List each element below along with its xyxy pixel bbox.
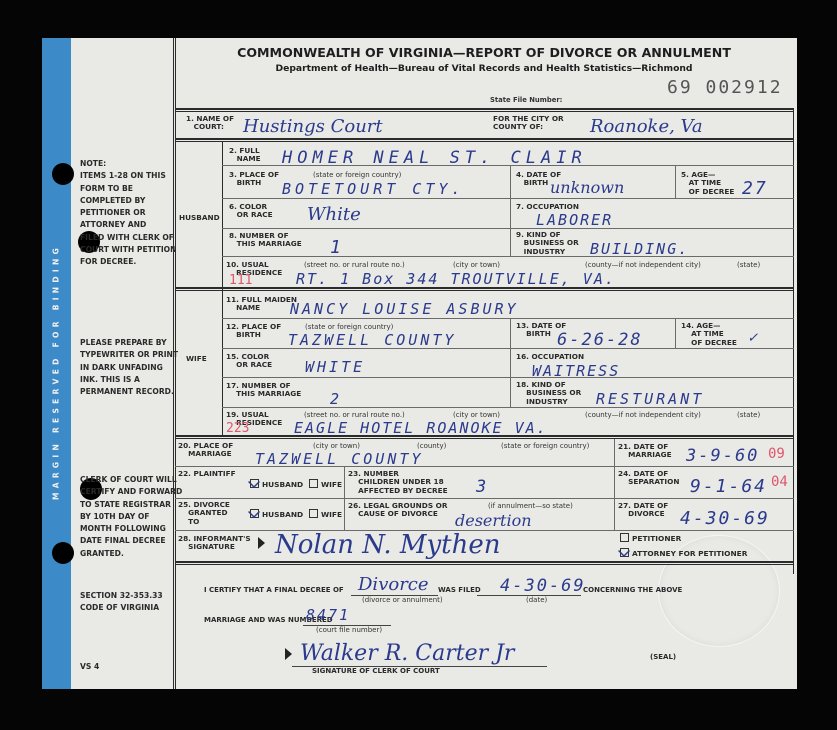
binding-margin-text: MARGIN RESERVED FOR BINDING <box>52 244 61 500</box>
w-full-name-label: 11. FULL MAIDEN NAME <box>226 296 297 313</box>
w-mid-divider <box>510 318 511 407</box>
signature-divider <box>175 561 794 563</box>
w-birthplace-value[interactable]: TAZWELL COUNTY <box>288 331 456 349</box>
court-divider <box>175 138 794 140</box>
h-full-name-value[interactable]: HOMER NEAL ST. CLAIR <box>282 148 587 168</box>
checkbox-icon[interactable] <box>309 509 318 518</box>
state-file-number: 69 002912 <box>667 77 783 98</box>
m-children-value[interactable]: 3 <box>476 477 488 497</box>
m-place-hint-state: (state or foreign country) <box>501 442 589 450</box>
w-residence-hint-state: (state) <box>737 411 760 419</box>
form-right-border <box>793 108 794 574</box>
m-plaintiff-label: 22. PLAINTIFF <box>178 470 236 478</box>
punch-hole-1 <box>52 163 74 185</box>
w-race-value[interactable]: WHITE <box>305 358 365 376</box>
h-age-divider <box>675 165 676 198</box>
checkbox-checked-icon[interactable] <box>250 479 259 488</box>
w-occupation-label: 16. OCCUPATION <box>516 353 584 361</box>
m-date-code: 09 <box>768 446 785 462</box>
h-residence-hint-city: (city or town) <box>453 261 500 269</box>
h-marriage-no-value[interactable]: 1 <box>330 237 343 258</box>
m-separation-value[interactable]: 9-1-64 <box>690 476 767 497</box>
m-row-line-2 <box>175 498 794 499</box>
w-age-divider <box>675 318 676 348</box>
m-place-label: 20. PLACE OF MARRIAGE <box>178 442 233 459</box>
h-residence-code: 111 <box>229 273 252 288</box>
h-age-label: 5. AGE— AT TIME OF DECREE <box>681 171 734 196</box>
h-row-line-4 <box>222 256 794 257</box>
m-date-value[interactable]: 3-9-60 <box>686 446 759 466</box>
note-block: NOTE: ITEMS 1-28 ON THIS FORM TO BE COMP… <box>80 158 176 269</box>
header-divider-2 <box>175 111 794 112</box>
w-birthplace-label: 12. PLACE OF BIRTH <box>226 323 281 340</box>
m-plaintiff-husband-option[interactable]: HUSBAND <box>250 479 303 489</box>
h-mid-divider <box>510 165 511 256</box>
cert-court-file-hint: (court file number) <box>316 626 382 634</box>
form-title: COMMONWEALTH OF VIRGINIA—REPORT OF DIVOR… <box>175 45 793 60</box>
h-residence-value[interactable]: RT. 1 Box 344 TROUTVILLE, VA. <box>296 270 616 288</box>
cert-line1-a: I CERTIFY THAT A FINAL DECREE OF <box>204 586 344 594</box>
court-city-label: FOR THE CITY OR COUNTY OF: <box>493 115 564 132</box>
w-dob-value[interactable]: 6-26-28 <box>557 330 643 350</box>
husband-section-label: HUSBAND <box>179 214 220 222</box>
w-industry-label: 18. KIND OF BUSINESS OR INDUSTRY <box>516 381 581 406</box>
w-marriage-no-value[interactable]: 2 <box>330 390 341 408</box>
w-age-value[interactable]: ✓ <box>748 328 759 346</box>
w-residence-hint-city: (city or town) <box>453 411 500 419</box>
h-marriage-no-label: 8. NUMBER OF THIS MARRIAGE <box>229 232 302 249</box>
m-date-label: 21. DATE OF MARRIAGE <box>618 443 672 460</box>
w-residence-code: 223 <box>226 421 249 436</box>
w-row-line-4 <box>222 407 794 408</box>
m-mid-divider <box>344 466 345 530</box>
court-divider-2 <box>175 141 794 142</box>
sign-here-arrow-icon <box>258 537 265 549</box>
h-age-value[interactable]: 27 <box>742 178 768 199</box>
signature-divider-2 <box>175 564 794 565</box>
w-residence-hint-county: (county—if not independent city) <box>585 411 701 419</box>
m-divorce-date-value[interactable]: 4-30-69 <box>680 508 770 529</box>
m-right-col-divider <box>614 439 615 531</box>
checkbox-checked-icon[interactable] <box>250 509 259 518</box>
m-role-petitioner[interactable]: PETITIONER <box>620 533 681 543</box>
checkbox-icon[interactable] <box>620 533 629 542</box>
w-row-line-3 <box>222 377 794 378</box>
prepare-instructions: PLEASE PREPARE BY TYPEWRITER OR PRINT IN… <box>80 337 178 398</box>
h-birthplace-hint: (state or foreign country) <box>313 171 401 179</box>
h-race-value[interactable]: White <box>307 204 361 225</box>
wife-label-divider <box>222 291 223 436</box>
form-left-border-inner <box>175 38 176 689</box>
h-race-label: 6. COLOR OR RACE <box>229 203 273 220</box>
w-industry-value[interactable]: RESTURANT <box>596 390 704 408</box>
h-occupation-value[interactable]: LABORER <box>536 211 613 229</box>
h-industry-value[interactable]: BUILDING. <box>590 240 689 258</box>
checkbox-icon[interactable] <box>309 479 318 488</box>
cert-line1-c: CONCERNING THE ABOVE <box>583 586 682 594</box>
form-left-border <box>173 38 174 689</box>
m-granted-label: 25. DIVORCE GRANTED TO <box>178 501 230 526</box>
cert-clerk-signature[interactable]: Walker R. Carter Jr <box>300 641 514 666</box>
m-informant-signature[interactable]: Nolan N. Mythen <box>275 530 500 560</box>
header-divider <box>175 108 794 110</box>
m-separation-label: 24. DATE OF SEPARATION <box>618 470 679 487</box>
m-grounds-hint: (if annulment—so state) <box>488 502 573 510</box>
h-residence-hint-county: (county—if not independent city) <box>585 261 701 269</box>
w-row-line-1 <box>222 318 794 319</box>
h-dob-value[interactable]: unknown <box>550 178 624 197</box>
m-informant-label: 28. INFORMANT'S SIGNATURE <box>178 535 251 552</box>
cert-decree-type[interactable]: Divorce <box>358 574 429 595</box>
m-plaintiff-wife-option[interactable]: WIFE <box>309 479 342 489</box>
w-residence-value[interactable]: EAGLE HOTEL ROANOKE VA. <box>294 419 548 437</box>
court-name-label: 1. NAME OF COURT: <box>186 115 234 132</box>
w-age-label: 14. AGE— AT TIME OF DECREE <box>681 322 737 347</box>
clerk-instructions: CLERK OF COURT WILL CERTIFY AND FORWARD … <box>80 474 182 560</box>
h-full-name-label: 2. FULL NAME <box>229 147 261 164</box>
h-row-line-3 <box>222 228 794 229</box>
cert-filed-date[interactable]: 4-30-69 <box>500 576 586 596</box>
w-birthplace-hint: (state or foreign country) <box>305 323 393 331</box>
h-residence-hint-street: (street no. or rural route no.) <box>304 261 405 269</box>
m-granted-wife-option[interactable]: WIFE <box>309 509 342 519</box>
court-city-value[interactable]: Roanoke, Va <box>590 116 703 137</box>
h-birthplace-label: 3. PLACE OF BIRTH <box>229 171 279 188</box>
code-section: SECTION 32-353.33 CODE OF VIRGINIA <box>80 590 163 615</box>
cert-court-file-number[interactable]: 8471 <box>306 606 350 624</box>
m-place-value[interactable]: TAZWELL COUNTY <box>255 450 423 468</box>
m-divorce-date-label: 27. DATE OF DIVORCE <box>618 502 668 519</box>
w-occupation-value[interactable]: WAITRESS <box>532 362 620 380</box>
wife-marriage-divider-2 <box>175 438 794 439</box>
husband-wife-divider-2 <box>175 290 794 291</box>
form-code: VS 4 <box>80 661 99 673</box>
m-place-hint-city: (city or town) <box>313 442 360 450</box>
w-race-label: 15. COLOR OR RACE <box>226 353 272 370</box>
h-row-line-2 <box>222 198 794 199</box>
clerk-sign-arrow-icon <box>285 648 292 660</box>
cert-line1-b: WAS FILED <box>438 586 481 594</box>
wife-section-label: WIFE <box>186 355 207 363</box>
m-role-attorney[interactable]: ATTORNEY FOR PETITIONER <box>620 548 747 558</box>
state-file-number-label: State File Number: <box>490 96 562 104</box>
m-grounds-value[interactable]: desertion <box>455 511 532 530</box>
form-subtitle: Department of Health—Bureau of Vital Rec… <box>175 63 793 74</box>
court-name-value[interactable]: Hustings Court <box>243 116 383 137</box>
cert-decree-hint: (divorce or annulment) <box>362 596 443 604</box>
w-full-name-value[interactable]: NANCY LOUISE ASBURY <box>290 300 519 318</box>
m-separation-code: 04 <box>771 474 788 490</box>
h-residence-hint-state: (state) <box>737 261 760 269</box>
m-granted-husband-option[interactable]: HUSBAND <box>250 509 303 519</box>
w-residence-hint-street: (street no. or rural route no.) <box>304 411 405 419</box>
punch-hole-4 <box>52 542 74 564</box>
w-marriage-no-label: 17. NUMBER OF THIS MARRIAGE <box>226 382 301 399</box>
m-grounds-label: 26. LEGAL GROUNDS OR CAUSE OF DIVORCE <box>348 502 447 519</box>
h-industry-label: 9. KIND OF BUSINESS OR INDUSTRY <box>516 231 579 256</box>
m-place-hint-county: (county) <box>417 442 446 450</box>
h-birthplace-value[interactable]: BOTETOURT CTY. <box>282 180 464 198</box>
checkbox-checked-icon[interactable] <box>620 548 629 557</box>
m-children-label: 23. NUMBER CHILDREN UNDER 18 AFFECTED BY… <box>348 470 448 495</box>
cert-date-hint: (date) <box>526 596 547 604</box>
cert-clerk-signature-label: SIGNATURE OF CLERK OF COURT <box>312 667 440 675</box>
cert-seal-label: (SEAL) <box>650 653 676 661</box>
